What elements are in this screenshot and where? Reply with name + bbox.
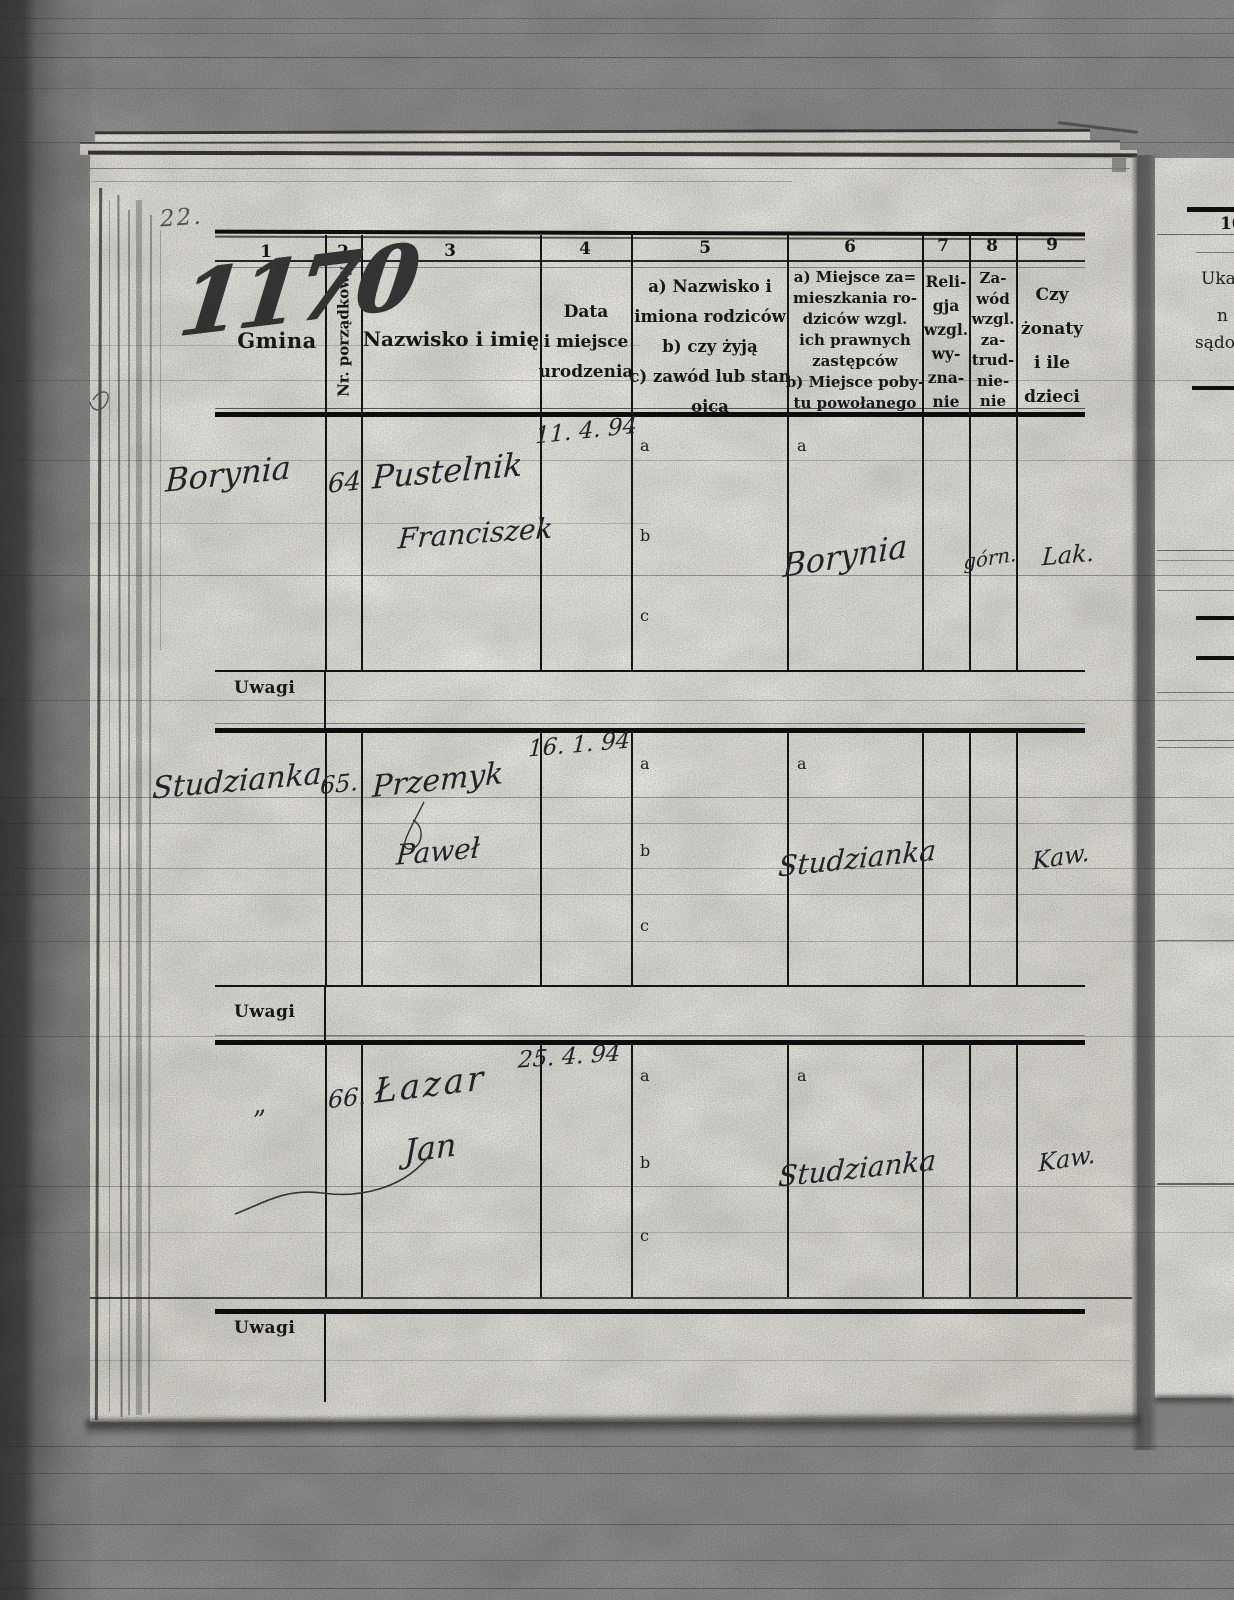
header-line: Czy <box>1021 278 1083 312</box>
scan-line <box>0 1588 1234 1589</box>
record-marital: Lak. <box>1041 541 1094 570</box>
scan-line <box>90 523 650 524</box>
sheet-edge-streak <box>128 210 130 1415</box>
column-divider <box>361 733 363 985</box>
column-number-3: 3 <box>444 243 456 260</box>
big-handwritten-number: 1170 <box>175 231 421 350</box>
right-page-header-fragment: Uka <box>1201 271 1234 288</box>
header-line: wzgl. <box>924 318 968 342</box>
sub-letter-b: b <box>640 843 650 859</box>
right-page-bottom-shadow <box>1155 1396 1234 1406</box>
record-nr: 64 <box>328 468 362 498</box>
right-page-rule <box>1157 1183 1234 1185</box>
header-line: żonaty <box>1021 312 1083 346</box>
scan-line <box>0 142 1234 143</box>
record-given-name: Paweł <box>395 834 480 870</box>
right-page-rule <box>1157 560 1234 561</box>
scan-line <box>90 345 640 346</box>
scan-line <box>0 941 1234 942</box>
header-miejsce-zamieszkania: a) Miejsce za= mieszkania ro- dziców wzg… <box>786 267 924 414</box>
header-line: imiona rodziców <box>629 302 790 332</box>
record-bottom-rule <box>90 1297 1132 1299</box>
header-religia: Reli- gja wzgl. wy- zna- nie <box>924 270 968 414</box>
record-bottom-rule <box>215 985 1085 987</box>
header-line: zastępców <box>786 351 924 372</box>
column-number-4: 4 <box>579 241 591 258</box>
record-given-name: Jan <box>404 1128 456 1168</box>
right-page-header-fragment: sądo <box>1195 335 1234 352</box>
scan-line <box>0 1446 1234 1447</box>
header-zawod: Za- wód wzgl. za- trud- nie- nie <box>972 268 1015 412</box>
scan-line <box>0 1186 1234 1187</box>
header-line: i ile <box>1021 346 1083 380</box>
right-page-rule <box>1157 740 1234 741</box>
column-number-5: 5 <box>699 240 711 257</box>
header-line: dzieci <box>1021 380 1083 414</box>
page-stack-edge <box>90 168 1130 169</box>
header-line: gja <box>924 294 968 318</box>
right-page-rule <box>1157 747 1234 748</box>
header-line: nie <box>924 390 968 414</box>
header-line: ich prawnych <box>786 330 924 351</box>
column-number-6: 6 <box>844 239 856 256</box>
scan-line <box>0 868 1234 869</box>
pencil-page-number: 22. <box>159 206 203 232</box>
record-nr: 65. <box>320 770 359 798</box>
header-line: ojca <box>629 392 790 422</box>
sheet-edge-streak <box>109 200 110 1412</box>
right-page-rule <box>1196 656 1234 660</box>
column-divider <box>969 417 971 671</box>
header-czy-zonaty: Czy żonaty i ile dzieci <box>1021 278 1083 414</box>
header-line: dziców wzgl. <box>786 309 924 330</box>
header-line: tu powołanego <box>786 393 924 414</box>
header-rodzice: a) Nazwisko i imiona rodziców b) czy żyj… <box>629 272 790 422</box>
sub-letter-c: c <box>640 608 649 624</box>
scan-line <box>0 18 1234 19</box>
header-line: c) zawód lub stan <box>629 362 790 392</box>
scanned-register-page: 10 Uka n sądo <box>0 0 1234 1600</box>
record-nr: 66. <box>328 1084 367 1112</box>
scan-line <box>90 1360 1130 1361</box>
scan-line <box>0 1036 1234 1037</box>
column-number-8: 8 <box>986 238 998 255</box>
sheet-edge-streak <box>160 230 161 650</box>
header-nazwisko: Nazwisko i imię <box>363 329 539 349</box>
right-page-column-number: 10 <box>1220 216 1234 233</box>
column-divider <box>969 733 971 985</box>
right-page-header-fragment: n <box>1217 308 1228 325</box>
scan-line <box>0 88 1234 89</box>
header-line: a) Miejsce za= <box>786 267 924 288</box>
uwagi-thin-rule <box>215 723 1085 724</box>
header-line: wód <box>972 289 1015 310</box>
column-divider <box>540 1045 542 1297</box>
column-divider <box>540 733 542 985</box>
right-page-rule <box>1196 252 1234 253</box>
scan-line <box>0 894 1234 895</box>
right-page-rule <box>1157 234 1234 235</box>
header-line: nie <box>972 391 1015 412</box>
header-line: i miejsce <box>539 327 634 357</box>
uwagi-label: Uwagi <box>234 680 295 697</box>
header-line: trud- <box>972 350 1015 371</box>
scan-line <box>0 575 1234 576</box>
header-line: a) Nazwisko i <box>629 272 790 302</box>
right-page-rule <box>1157 550 1234 551</box>
header-line: Data <box>539 297 634 327</box>
column-number-9: 9 <box>1046 237 1058 254</box>
sub-letter-c: c <box>640 1228 649 1244</box>
left-dark-edge <box>0 0 92 1600</box>
sub-letter-a: a <box>797 1068 807 1084</box>
right-page-rule <box>1157 590 1234 591</box>
column-divider <box>1016 1045 1018 1297</box>
scan-line <box>0 380 1234 381</box>
header-line: b) czy żyją <box>629 332 790 362</box>
scan-line <box>0 797 1234 798</box>
column-number-7: 7 <box>937 238 949 255</box>
header-line: wzgl. <box>972 309 1015 330</box>
header-line: za- <box>972 330 1015 351</box>
page-stack-edge <box>92 181 792 182</box>
scan-line <box>0 1560 1234 1561</box>
sub-letter-a: a <box>797 756 807 772</box>
right-page-rule <box>1187 207 1234 212</box>
header-line: mieszkania ro- <box>786 288 924 309</box>
sub-letter-a: a <box>640 1068 650 1084</box>
column-divider <box>922 417 924 671</box>
scan-line <box>0 700 1234 701</box>
sub-letter-c: c <box>640 918 649 934</box>
column-divider <box>631 733 633 985</box>
sub-letter-b: b <box>640 1155 650 1171</box>
column-divider <box>1016 235 1018 415</box>
gutter-shadow <box>1131 155 1157 1450</box>
sub-letter-a: a <box>640 756 650 772</box>
uwagi-divider <box>324 1314 326 1402</box>
column-divider <box>631 1045 633 1297</box>
page-corner-mark <box>1112 158 1126 172</box>
header-line: urodzenia <box>539 357 634 387</box>
uwagi-thick-rule <box>215 728 1085 733</box>
scan-line <box>0 1473 1234 1474</box>
sub-letter-b: b <box>640 528 650 544</box>
scan-line <box>0 823 1234 824</box>
sub-letter-a: a <box>640 438 650 454</box>
column-divider <box>969 1045 971 1297</box>
column-divider <box>1016 417 1018 671</box>
right-page-rule <box>1157 692 1234 693</box>
column-divider <box>1016 733 1018 985</box>
scan-line <box>0 57 1234 58</box>
column-divider <box>361 417 363 671</box>
header-line: Za- <box>972 268 1015 289</box>
column-divider <box>325 417 327 671</box>
header-data-urodzenia: Data i miejsce urodzenia <box>539 297 634 387</box>
column-divider <box>787 417 789 671</box>
column-divider <box>631 417 633 671</box>
header-line: b) Miejsce poby- <box>786 372 924 393</box>
header-line: zna- <box>924 366 968 390</box>
uwagi-label: Uwagi <box>234 1004 295 1021</box>
scan-line <box>0 1524 1234 1525</box>
page-bottom-shadow <box>86 1416 1140 1437</box>
right-page-rule <box>1192 386 1234 390</box>
header-line: Reli- <box>924 270 968 294</box>
right-page-rule <box>1196 616 1234 620</box>
scan-line <box>0 1232 1234 1233</box>
sub-letter-a: a <box>797 438 807 454</box>
scan-line <box>0 460 1234 461</box>
scan-line <box>0 33 1234 34</box>
column-divider <box>325 1045 327 1297</box>
uwagi-thick-rule <box>215 1040 1085 1045</box>
header-line: wy- <box>924 342 968 366</box>
uwagi-thick-rule <box>215 1309 1085 1314</box>
record-bottom-rule <box>215 670 1085 672</box>
uwagi-label: Uwagi <box>234 1320 295 1337</box>
